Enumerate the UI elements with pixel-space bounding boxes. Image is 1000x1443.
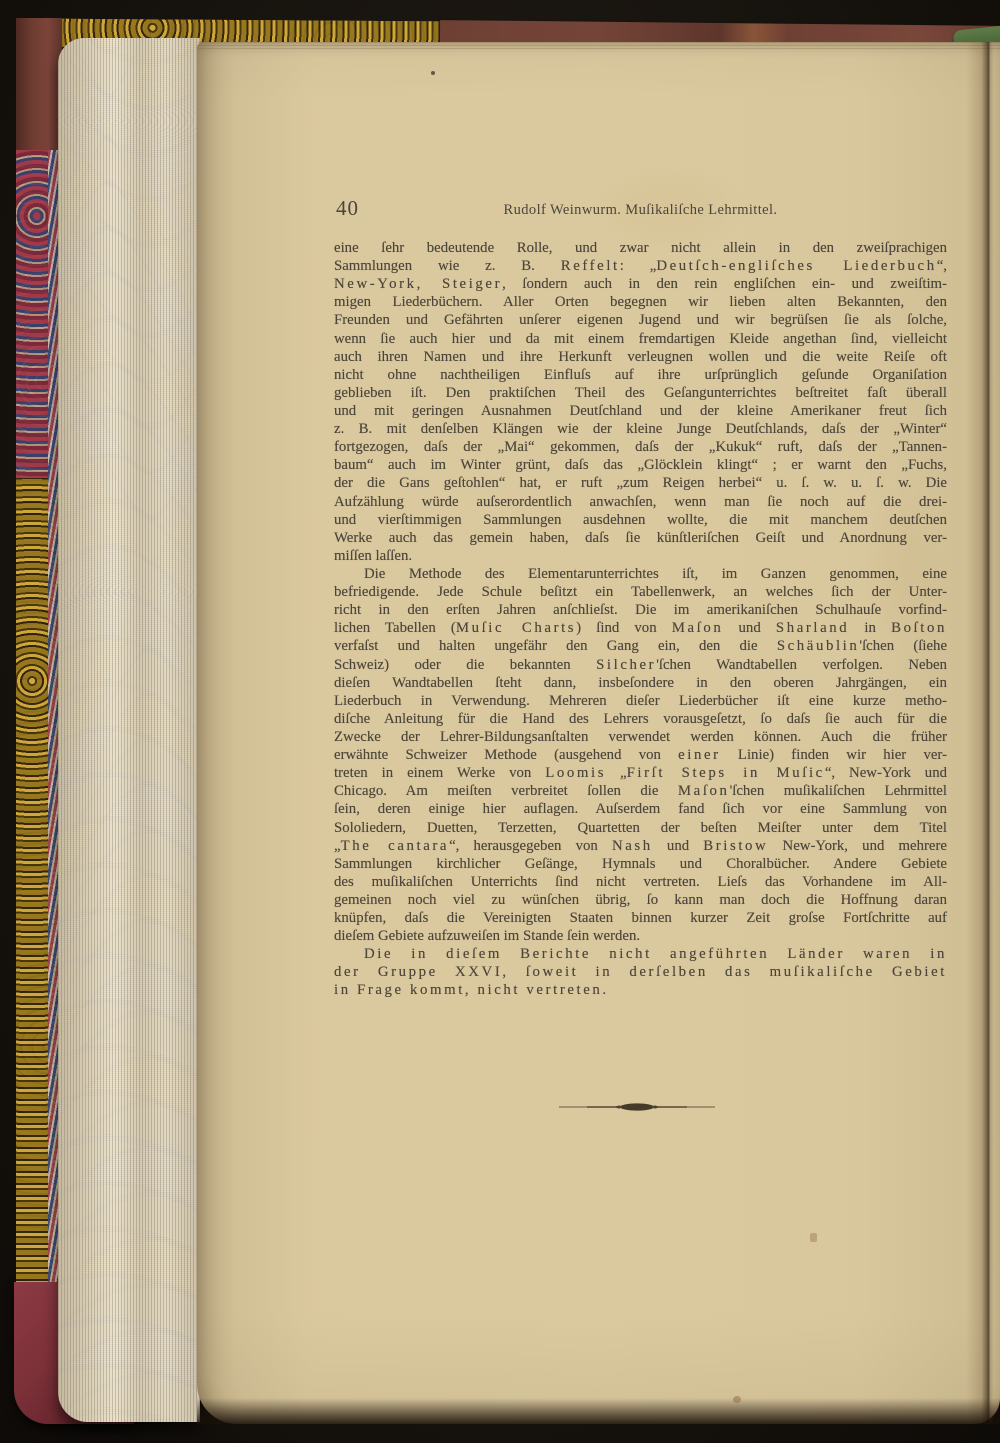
text-line: des muſikaliſchen Unterrichts ſind nicht… xyxy=(334,874,947,892)
text-line: Werke auch das gemein haben, daſs ſie kü… xyxy=(334,530,947,548)
text-line: fortgezogen, daſs der „Mai“ gekommen, da… xyxy=(334,439,947,457)
text-line: der Gruppe XXVI, ſoweit in derſelben das… xyxy=(334,964,947,982)
text-line: Freunden und Gefährten unſerer eigenen J… xyxy=(334,312,947,330)
text-line: knüpfen, daſs die Vereinigten Staaten bi… xyxy=(334,910,947,928)
page-bottom-shadow xyxy=(197,1398,1000,1424)
gutter-crease xyxy=(966,42,1000,1424)
text-line: und mit geringen Ausnahmen Deutſchland u… xyxy=(334,403,947,421)
body-text: eine ſehr bedeutende Rolle, und zwar nic… xyxy=(334,240,947,1001)
text-line: diſche Anleitung für die Hand des Lehrer… xyxy=(334,711,947,729)
running-header: Rudolf Weinwurm. Muſikaliſche Lehrmittel… xyxy=(334,202,947,219)
text-line: Sammlungen wie z. B. Reffelt: „Deutſch-e… xyxy=(334,258,947,276)
text-line: in Frage kommt, nicht vertreten. xyxy=(334,982,947,1000)
text-line: Aufzählung würde auſserordentlich anwach… xyxy=(334,494,947,512)
left-cover-leather-top xyxy=(16,18,62,168)
page-header: 40 Rudolf Weinwurm. Muſikaliſche Lehrmit… xyxy=(334,196,947,226)
text-line: erwähnte Schweizer Methode (ausgehend vo… xyxy=(334,747,947,765)
text-column: 40 Rudolf Weinwurm. Muſikaliſche Lehrmit… xyxy=(334,196,947,226)
text-line: New-York, Steiger, ſondern auch in den r… xyxy=(334,276,947,294)
text-line: und vierſtimmigen Sammlungen ausdehnen w… xyxy=(334,512,947,530)
text-line: auch ihren Namen und ihre Herkunft verle… xyxy=(334,349,947,367)
text-line: Liederbuch in Verwendung. Mehreren dieſe… xyxy=(334,693,947,711)
text-line: dieſem Gebiete aufzuweiſen im Stande ſei… xyxy=(334,928,947,946)
text-line: richt in den erſten Jahren anſchlieſst. … xyxy=(334,602,947,620)
text-line: der die Gans geſtohlen“ hat, er ruft „zu… xyxy=(334,475,947,493)
ink-speck xyxy=(733,1396,741,1403)
text-line: Schweiz) oder die bekannten Silcher'ſche… xyxy=(334,657,947,675)
text-line: „The cantara“, herausgegeben von Nash un… xyxy=(334,838,947,856)
text-line: Sololiedern, Duetten, Terzetten, Quartet… xyxy=(334,820,947,838)
text-line: Die in dieſem Berichte nicht angeführten… xyxy=(334,946,947,964)
text-line: Zwecke der Lehrer-Bildungsanſtalten verw… xyxy=(334,729,947,747)
text-line: treten in einem Werke von Loomis „Firſt … xyxy=(334,765,947,783)
text-line: geblieben iſt. Den praktiſchen Theil des… xyxy=(334,385,947,403)
text-line: Sammlungen kirchlicher Geſänge, Hymnals … xyxy=(334,856,947,874)
text-line: lichen Tabellen (Muſic Charts) ſind von … xyxy=(334,620,947,638)
text-line: nicht ohne nachtheiligen Einfluſs auf ih… xyxy=(334,367,947,385)
text-line: migen Liederbüchern. Aller Orten begegne… xyxy=(334,294,947,312)
page-stack-fore-edge xyxy=(58,38,200,1422)
text-line: eine ſehr bedeutende Rolle, und zwar nic… xyxy=(334,240,947,258)
page-top-edges xyxy=(197,42,1000,50)
swelled-rule-divider xyxy=(557,1100,717,1114)
text-line: miſſen laſſen. xyxy=(334,548,947,566)
text-line: wenn ſie auch hier und da mit einem frem… xyxy=(334,331,947,349)
text-line: baum“ auch im Winter grünt, daſs das „Gl… xyxy=(334,457,947,475)
text-line: Chicago. Am meiſten verbreitet ſollen di… xyxy=(334,783,947,801)
text-line: z. B. mit denſelben Klängen wie der klei… xyxy=(334,421,947,439)
text-line: dieſen Wandtabellen ſteht dann, insbeſon… xyxy=(334,675,947,693)
ink-speck xyxy=(810,1233,817,1242)
book-scan: 40 Rudolf Weinwurm. Muſikaliſche Lehrmit… xyxy=(0,0,1000,1443)
text-line: ſein, deren einige hier auflagen. Auſser… xyxy=(334,801,947,819)
text-line: befriedigende. Jede Schule beſitzt ein T… xyxy=(334,584,947,602)
ink-speck xyxy=(431,71,435,75)
text-line: Die Methode des Elementarunterrichtes iſ… xyxy=(334,566,947,584)
text-line: gemeinen noch viel zu wünſchen übrig, ſo… xyxy=(334,892,947,910)
text-line: verfaſst und halten ungefähr den Gang ei… xyxy=(334,638,947,656)
